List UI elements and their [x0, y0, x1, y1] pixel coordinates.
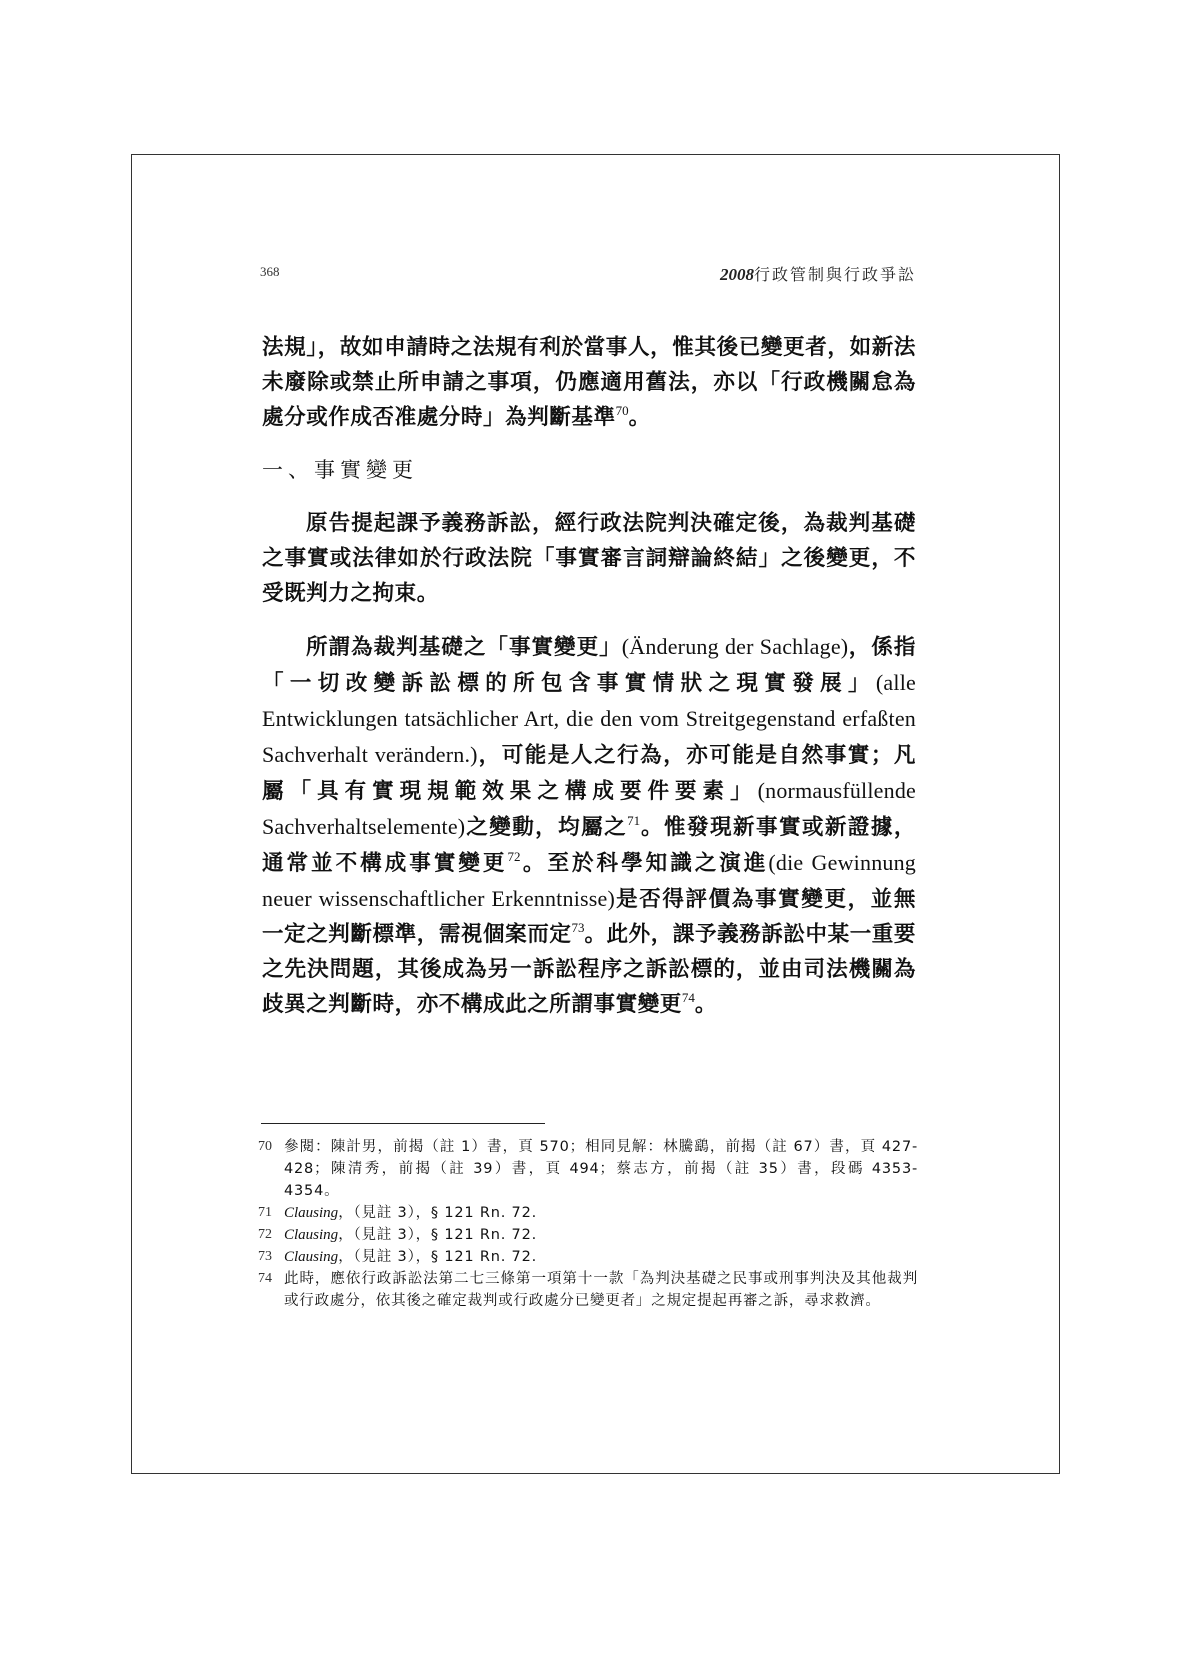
footnote-ref-71[interactable]: 71 — [627, 813, 640, 828]
footnote-ref-73[interactable]: 73 — [571, 920, 584, 935]
footnote-separator — [261, 1123, 545, 1124]
paragraph-continued: 法規」，故如申請時之法規有利於當事人，惟其後已變更者，如新法未廢除或禁止所申請之… — [262, 330, 916, 435]
footnote-author: Clausing — [284, 1227, 338, 1243]
footnote-number: 70 — [258, 1136, 284, 1202]
footnote-number: 71 — [258, 1202, 284, 1224]
section-heading: 一、事實變更 — [262, 453, 916, 488]
footnote-text: ，（見註 3），§ 121 Rn. 72. — [338, 1205, 537, 1221]
footnote-author: Clausing — [284, 1205, 338, 1221]
main-text: 法規」，故如申請時之法規有利於當事人，惟其後已變更者，如新法未廢除或禁止所申請之… — [262, 330, 916, 1022]
footnote-text: 參閱：陳計男，前揭（註 1）書，頁 570；相同見解：林騰鷂，前揭（註 67）書… — [284, 1136, 918, 1202]
footnote-ref-70[interactable]: 70 — [616, 403, 629, 418]
paragraph-res-judicata: 原告提起課予義務訴訟，經行政法院判決確定後，為裁判基礎之事實或法律如於行政法院「… — [262, 506, 916, 611]
paragraph-change-of-facts: 所謂為裁判基礎之「事實變更」(Änderung der Sachlage)，係指… — [262, 629, 916, 1022]
footnote-text: ，（見註 3），§ 121 Rn. 72. — [338, 1249, 537, 1265]
running-title: 2008行政管制與行政爭訟 — [720, 262, 916, 285]
footnote-74: 74 此時，應依行政訴訟法第二七三條第一項第十一款「為判決基礎之民事或刑事判決及… — [258, 1268, 918, 1312]
footnote-text: 此時，應依行政訴訟法第二七三條第一項第十一款「為判決基礎之民事或刑事判決及其他裁… — [284, 1268, 918, 1312]
footnote-text: ，（見註 3），§ 121 Rn. 72. — [338, 1227, 537, 1243]
footnote-71: 71 Clausing，（見註 3），§ 121 Rn. 72. — [258, 1202, 918, 1224]
footnotes: 70 參閱：陳計男，前揭（註 1）書，頁 570；相同見解：林騰鷂，前揭（註 6… — [258, 1136, 918, 1312]
footnote-number: 72 — [258, 1224, 284, 1246]
footnote-ref-72[interactable]: 72 — [507, 849, 520, 864]
footnote-72: 72 Clausing，（見註 3），§ 121 Rn. 72. — [258, 1224, 918, 1246]
book-title: 行政管制與行政爭訟 — [754, 265, 916, 284]
page-number: 368 — [260, 264, 280, 280]
footnote-number: 73 — [258, 1246, 284, 1268]
book-year: 2008 — [720, 265, 754, 284]
german-term: (Änderung der Sachlage) — [622, 634, 849, 659]
footnote-73: 73 Clausing，（見註 3），§ 121 Rn. 72. — [258, 1246, 918, 1268]
running-header: 368 2008行政管制與行政爭訟 — [260, 262, 916, 284]
footnote-70: 70 參閱：陳計男，前揭（註 1）書，頁 570；相同見解：林騰鷂，前揭（註 6… — [258, 1136, 918, 1202]
footnote-author: Clausing — [284, 1249, 338, 1265]
footnote-number: 74 — [258, 1268, 284, 1312]
footnote-ref-74[interactable]: 74 — [682, 990, 695, 1005]
